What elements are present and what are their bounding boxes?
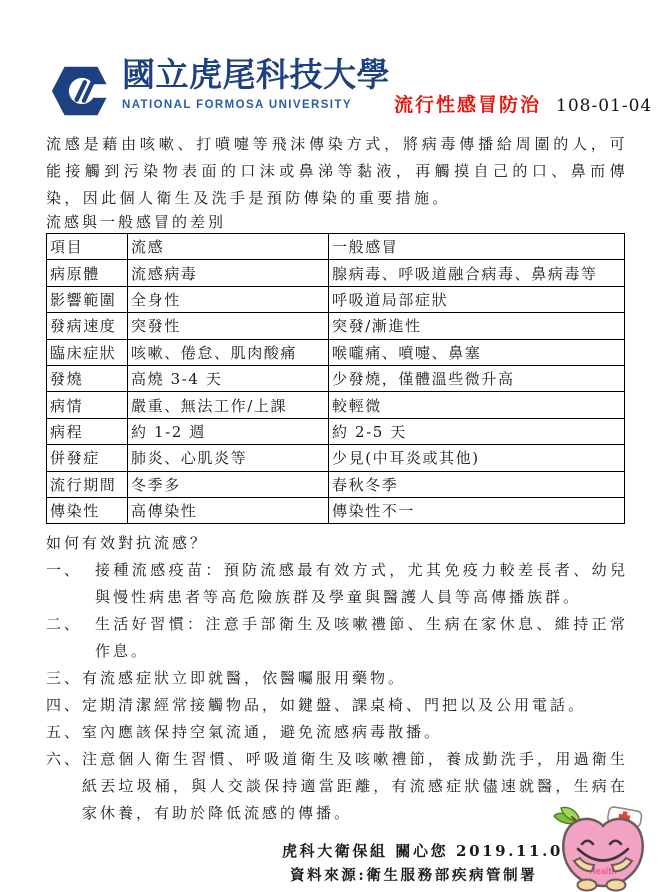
footer-source: 資料來源:衛生服務部疾病管制署 [290, 864, 537, 885]
flu-prevention-notice-page: 國立虎尾科技大學 NATIONAL FORMOSA UNIVERSITY 流行性… [0, 0, 669, 892]
table-row: 病情 嚴重、無法工作/上課 較輕微 [47, 392, 625, 418]
university-name-zh: 國立虎尾科技大學 [122, 52, 390, 98]
list-item-text: 接種流感疫苗：預防流感最有效方式，尤其免疫力較差長者、幼兒與慢性病患者等高危險族… [95, 557, 628, 611]
list-item-marker: 三、 [46, 665, 82, 692]
table-cell: 咳嗽、倦怠、肌肉酸痛 [128, 339, 329, 365]
document-body: 流感是藉由咳嗽、打噴嚏等飛沫傳染方式，將病毒傳播給周圍的人，可能接觸到污染物表面… [46, 131, 628, 827]
table-cell: 高燒 3-4 天 [128, 365, 329, 391]
university-name-en: NATIONAL FORMOSA UNIVERSITY [122, 99, 390, 111]
table-cell: 流感病毒 [128, 260, 329, 286]
tips-list: 一、 接種流感疫苗：預防流感最有效方式，尤其免疫力較差長者、幼兒與慢性病患者等高… [46, 557, 628, 827]
table-row: 發燒 高燒 3-4 天 少發燒，僅體溫些微升高 [47, 365, 625, 391]
list-item: 三、 有流感症狀立即就醫，依醫囑服用藥物。 [46, 665, 628, 692]
table-cell: 影響範圍 [47, 286, 128, 312]
footer-signature: 虎科大衛保組 關心您 2019.11.04 [282, 840, 576, 861]
table-row: 流行期間 冬季多 春秋冬季 [47, 471, 625, 497]
university-name-block: 國立虎尾科技大學 NATIONAL FORMOSA UNIVERSITY [122, 52, 390, 111]
list-item-marker: 六、 [46, 746, 82, 827]
table-row: 併發症 肺炎、心肌炎等 少見(中耳炎或其他) [47, 445, 625, 471]
table-row: 傳染性 高傳染性 傳染性不一 [47, 497, 625, 523]
list-item-marker: 二、 [46, 611, 82, 665]
flu-vs-cold-table: 項目 流感 一般感冒 病原體 流感病毒 腺病毒、呼吸道融合病毒、鼻病毒等 影響範… [46, 233, 625, 524]
table-cell: 較輕微 [329, 392, 625, 418]
list-item: 六、 注意個人衛生習慣、呼吸道衛生及咳嗽禮節，養成勤洗手，用過衛生紙丟垃圾桶，與… [46, 746, 628, 827]
table-cell: 春秋冬季 [329, 471, 625, 497]
table-cell: 流行期間 [47, 471, 128, 497]
list-item-text: 室內應該保持空氣流通，避免流感病毒散播。 [82, 719, 628, 746]
university-logo-icon [50, 60, 112, 122]
table-cell: 冬季多 [128, 471, 329, 497]
table-cell: 高傳染性 [128, 497, 329, 523]
tips-section-title: 如何有效對抗流感？ [46, 530, 628, 557]
list-item-text: 定期清潔經常接觸物品，如鍵盤、課桌椅、門把以及公用電話。 [82, 692, 628, 719]
list-item: 一、 接種流感疫苗：預防流感最有效方式，尤其免疫力較差長者、幼兒與慢性病患者等高… [46, 557, 628, 611]
document-number: 108-01-04 [556, 96, 652, 116]
table-cell: 突發性 [128, 313, 329, 339]
table-cell: 腺病毒、呼吸道融合病毒、鼻病毒等 [329, 260, 625, 286]
list-item-text: 有流感症狀立即就醫，依醫囑服用藥物。 [82, 665, 628, 692]
comparison-table-title: 流感與一般感冒的差別 [46, 212, 628, 233]
table-cell: 流感 [128, 234, 329, 260]
table-cell: 約 1-2 週 [128, 418, 329, 444]
table-row: 發病速度 突發性 突發/漸進性 [47, 313, 625, 339]
table-row: 影響範圍 全身性 呼吸道局部症狀 [47, 286, 625, 312]
table-cell: 臨床症狀 [47, 339, 128, 365]
table-cell: 傳染性 [47, 497, 128, 523]
intro-paragraph: 流感是藉由咳嗽、打噴嚏等飛沫傳染方式，將病毒傳播給周圍的人，可能接觸到污染物表面… [46, 131, 628, 212]
table-cell: 呼吸道局部症狀 [329, 286, 625, 312]
table-row: 病原體 流感病毒 腺病毒、呼吸道融合病毒、鼻病毒等 [47, 260, 625, 286]
table-cell: 一般感冒 [329, 234, 625, 260]
table-cell: 喉嚨痛、噴嚏、鼻塞 [329, 339, 625, 365]
table-cell: 約 2-5 天 [329, 418, 625, 444]
university-header: 國立虎尾科技大學 NATIONAL FORMOSA UNIVERSITY [50, 52, 390, 122]
table-cell: 肺炎、心肌炎等 [128, 445, 329, 471]
table-cell: 少見(中耳炎或其他) [329, 445, 625, 471]
list-item-marker: 一、 [46, 557, 82, 611]
table-cell: 嚴重、無法工作/上課 [128, 392, 329, 418]
list-item-marker: 五、 [46, 719, 82, 746]
list-item-marker: 四、 [46, 692, 82, 719]
list-item-text: 生活好習慣：注意手部衛生及咳嗽禮節、生病在家休息、維持正常作息。 [95, 611, 628, 665]
table-row: 病程 約 1-2 週 約 2-5 天 [47, 418, 625, 444]
list-item: 四、 定期清潔經常接觸物品，如鍵盤、課桌椅、門把以及公用電話。 [46, 692, 628, 719]
table-row: 項目 流感 一般感冒 [47, 234, 625, 260]
table-cell: 併發症 [47, 445, 128, 471]
document-title: 流行性感冒防治 [394, 90, 541, 117]
document-title-row: 流行性感冒防治 108-01-04 [394, 90, 652, 117]
table-cell: 病情 [47, 392, 128, 418]
list-item: 五、 室內應該保持空氣流通，避免流感病毒散播。 [46, 719, 628, 746]
table-cell: 發病速度 [47, 313, 128, 339]
table-cell: 項目 [47, 234, 128, 260]
table-cell: 傳染性不一 [329, 497, 625, 523]
health-heart-nurse-mascot-icon: Health [547, 806, 659, 892]
table-cell: 病程 [47, 418, 128, 444]
table-cell: 全身性 [128, 286, 329, 312]
table-cell: 發燒 [47, 365, 128, 391]
list-item: 二、 生活好習慣：注意手部衛生及咳嗽禮節、生病在家休息、維持正常作息。 [46, 611, 628, 665]
table-row: 臨床症狀 咳嗽、倦怠、肌肉酸痛 喉嚨痛、噴嚏、鼻塞 [47, 339, 625, 365]
table-cell: 病原體 [47, 260, 128, 286]
table-cell: 突發/漸進性 [329, 313, 625, 339]
table-cell: 少發燒，僅體溫些微升高 [329, 365, 625, 391]
